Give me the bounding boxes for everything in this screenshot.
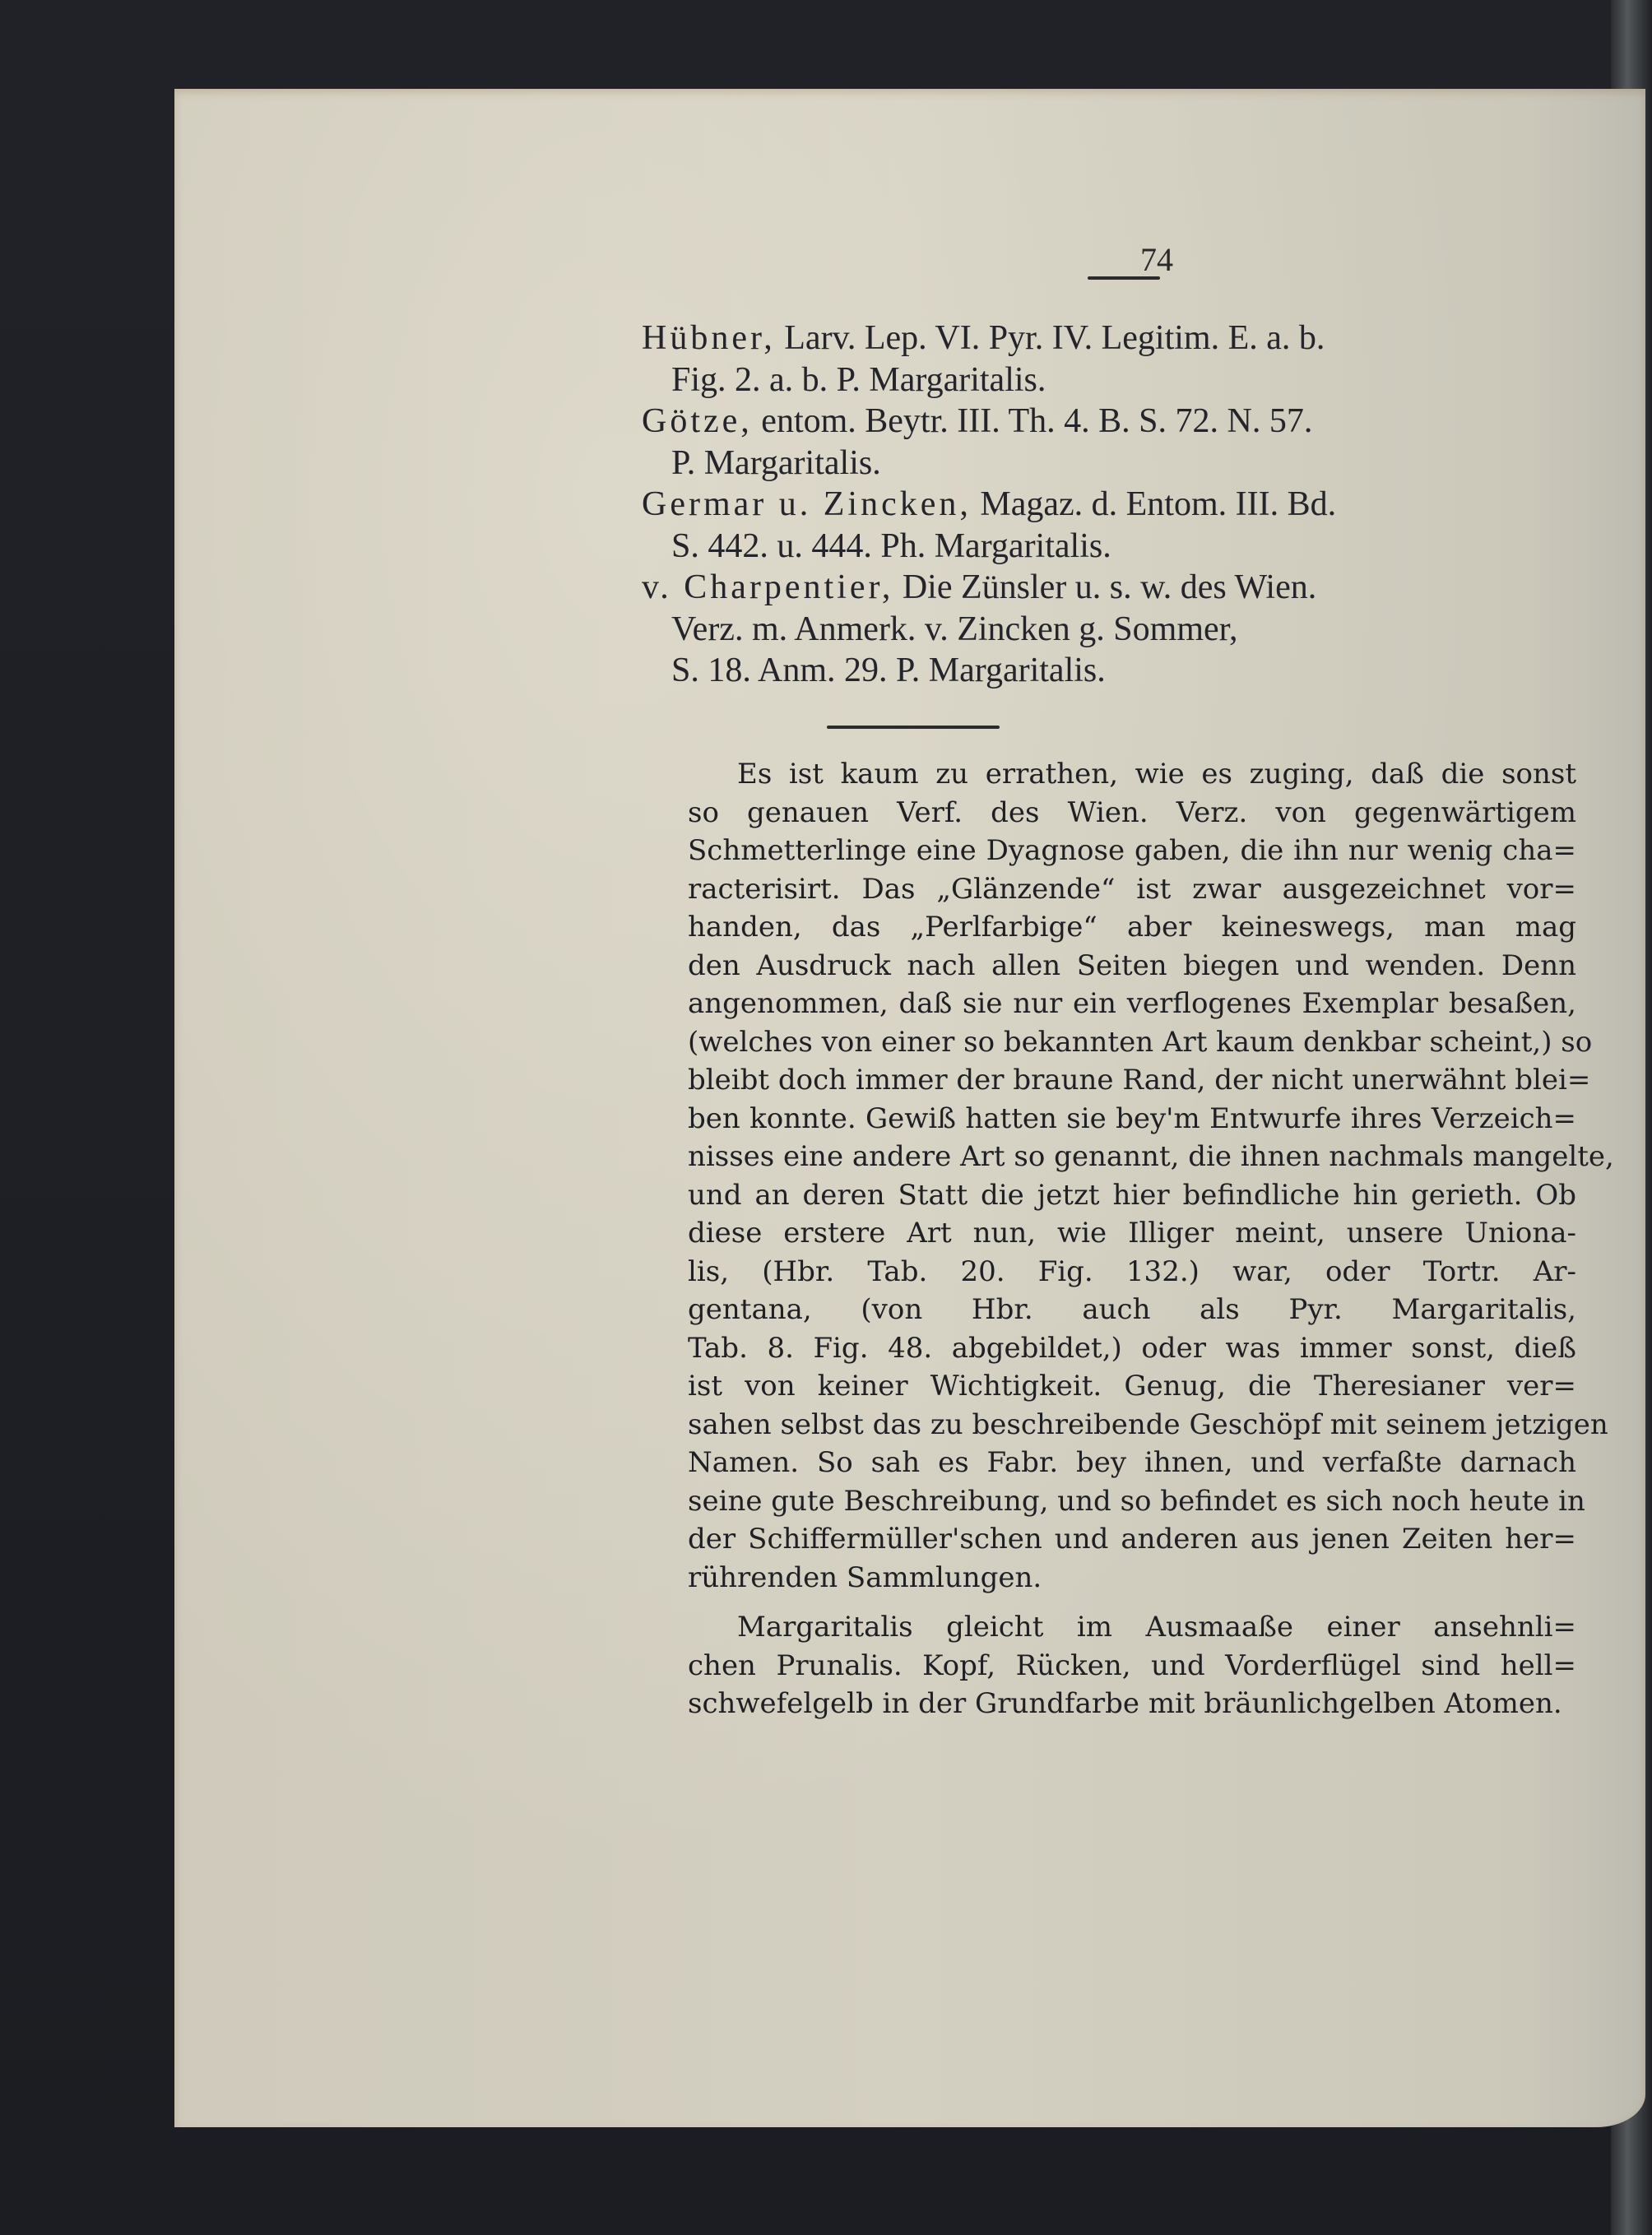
text-line: gentana, (von Hbr. auch als Pyr. Margari… [688, 1291, 1576, 1329]
reference-author: Götze, [642, 402, 753, 440]
text-line: seine gute Beschreibung, und so befindet… [688, 1482, 1576, 1521]
reference-entry: v. Charpentier, Die Zünsler u. s. w. des… [642, 567, 1588, 692]
text-line: chen Prunalis. Kopf, Rücken, und Vorderf… [688, 1647, 1576, 1686]
reference-author: Hübner, [642, 319, 776, 357]
reference-entry: Hübner, Larv. Lep. VI. Pyr. IV. Legitim.… [642, 318, 1588, 401]
text-line: ben konnte. Gewiß hatten sie bey'm Entwu… [688, 1100, 1576, 1138]
text-line: der Schiffermüller'schen und anderen aus… [688, 1520, 1576, 1559]
text-line: racterisirt. Das „Glänzende“ ist zwar au… [688, 870, 1576, 909]
text-line: Margaritalis gleicht im Ausmaaße einer a… [688, 1608, 1576, 1647]
reference-author: Germar u. Zincken, [642, 485, 972, 523]
paragraph-gap [688, 1597, 1576, 1608]
text-line: Tab. 8. Fig. 48. abgebildet,) oder was i… [688, 1329, 1576, 1368]
text-line: (welches von einer so bekannten Art kaum… [688, 1023, 1576, 1062]
text-line: lis, (Hbr. Tab. 20. Fig. 132.) war, oder… [688, 1253, 1576, 1291]
reference-text: Die Zünsler u. s. w. des Wien. [903, 568, 1316, 606]
reference-text: P. Margaritalis. [642, 443, 1588, 485]
reference-text: Magaz. d. Entom. III. Bd. [980, 485, 1336, 523]
text-line: und an deren Statt die jetzt hier befind… [688, 1176, 1576, 1215]
text-line: so genauen Verf. des Wien. Verz. von geg… [688, 794, 1576, 832]
page-number: 74 [1140, 240, 1173, 279]
reference-text: S. 18. Anm. 29. P. Margaritalis. [642, 650, 1588, 692]
paragraph: Es ist kaum zu errathen, wie es zuging, … [688, 755, 1576, 1597]
reference-text: Verz. m. Anmerk. v. Zincken g. Sommer, [642, 609, 1588, 651]
reference-text: S. 442. u. 444. Ph. Margaritalis. [642, 526, 1588, 568]
paragraph: Margaritalis gleicht im Ausmaaße einer a… [688, 1608, 1576, 1723]
header-rule [1088, 276, 1160, 280]
text-line: rührenden Sammlungen. [688, 1559, 1576, 1597]
section-divider [827, 726, 1000, 729]
reference-entry: Götze, entom. Beytr. III. Th. 4. B. S. 7… [642, 401, 1588, 484]
body-text: Es ist kaum zu errathen, wie es zuging, … [688, 755, 1576, 1723]
text-line: Namen. So sah es Fabr. bey ihnen, und ve… [688, 1444, 1576, 1482]
reference-author: v. Charpentier, [642, 568, 893, 606]
text-line: nisses eine andere Art so genannt, die i… [688, 1138, 1576, 1176]
text-line: handen, das „Perlfarbige“ aber keinesweg… [688, 908, 1576, 947]
text-line: Es ist kaum zu errathen, wie es zuging, … [688, 755, 1576, 794]
text-line: schwefelgelb in der Grundfarbe mit bräun… [688, 1685, 1576, 1723]
text-line: diese erstere Art nun, wie Illiger meint… [688, 1214, 1576, 1253]
reference-list: Hübner, Larv. Lep. VI. Pyr. IV. Legitim.… [642, 318, 1588, 692]
text-line: Schmetterlinge eine Dyagnose gaben, die … [688, 832, 1576, 870]
reference-entry: Germar u. Zincken, Magaz. d. Entom. III.… [642, 484, 1588, 567]
reference-text: entom. Beytr. III. Th. 4. B. S. 72. N. 5… [761, 402, 1312, 440]
text-line: angenommen, daß sie nur ein verflogenes … [688, 985, 1576, 1023]
reference-text: Fig. 2. a. b. P. Margaritalis. [642, 359, 1588, 401]
text-line: den Ausdruck nach allen Seiten biegen un… [688, 947, 1576, 985]
text-line: bleibt doch immer der braune Rand, der n… [688, 1061, 1576, 1100]
text-line: ist von keiner Wichtigkeit. Genug, die T… [688, 1367, 1576, 1406]
reference-text: Larv. Lep. VI. Pyr. IV. Legitim. E. a. b… [784, 319, 1325, 357]
text-line: sahen selbst das zu beschreibende Geschö… [688, 1406, 1576, 1444]
